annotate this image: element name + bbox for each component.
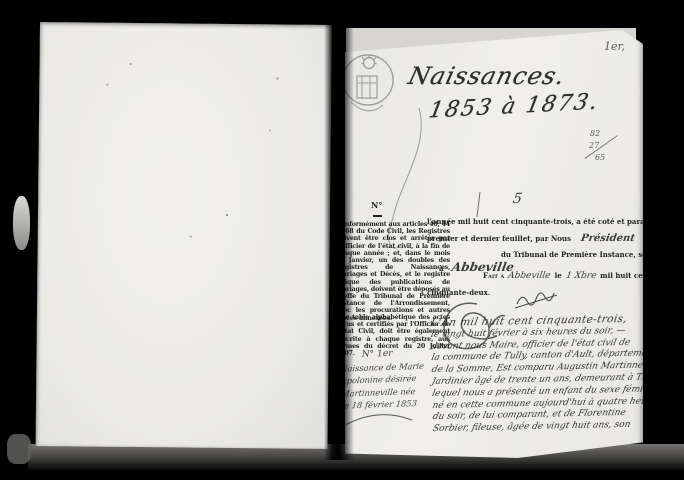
book-spine-edge-lower	[7, 434, 31, 464]
judge-title-manuscript: Président	[580, 233, 636, 244]
cert-line-1: l'année mil huit cent cinquante-trois, a…	[427, 217, 677, 226]
fait-date-manuscript: 1 Xbre	[565, 271, 597, 281]
birth-act-manuscript: L'An mil huit cent cinquante-trois, le v…	[429, 314, 645, 436]
pencil-mark: 82	[590, 129, 600, 138]
le-label: le	[555, 271, 562, 280]
left-page-blank	[36, 22, 332, 449]
book-spine-edge	[13, 196, 30, 250]
cert-line-6: cinquante-deux.	[427, 288, 490, 297]
cert-line-3: du Tribunal de Première Instance, séant	[501, 250, 659, 259]
margin-note-line: le 18 février 1853	[341, 397, 436, 413]
pencil-page-number: 1er,	[604, 40, 625, 53]
register-scan: Naissances. 1853 à 1873. 1er, 82 27 65 5…	[0, 0, 684, 480]
act-margin-note: N° 1er Naissance de Marie Apolonine dési…	[340, 346, 437, 428]
right-page: Naissances. 1853 à 1873. 1er, 82 27 65 5…	[345, 12, 643, 458]
cert-line-5-suffix: mil huit cent	[600, 271, 651, 280]
fait-city-manuscript: Abbeville	[507, 271, 551, 281]
paper-specks	[40, 22, 42, 24]
rule-divider	[373, 215, 382, 217]
cert-line-2: premier et dernier feuillet, par Nous Pr…	[427, 233, 635, 244]
number-label: N°	[371, 200, 382, 210]
cover-title: Naissances.	[406, 62, 569, 90]
signature-squiggle	[513, 286, 563, 314]
cert-line-5: Fait à Abbeville le 1 Xbre mil huit cent	[483, 271, 651, 281]
cert-line-2-printed: premier et dernier feuillet, par Nous	[427, 234, 571, 243]
pencil-mark: 65	[595, 153, 605, 162]
book-binding-shadow	[324, 8, 354, 460]
sunburst-icon	[364, 58, 375, 69]
cover-years: 1853 à 1873.	[427, 89, 602, 123]
cert-line-4-printed: à	[439, 264, 444, 273]
folio-count-mark: 5	[512, 191, 524, 207]
fait-label: Fait à	[483, 271, 504, 280]
ink-stroke	[476, 192, 480, 217]
